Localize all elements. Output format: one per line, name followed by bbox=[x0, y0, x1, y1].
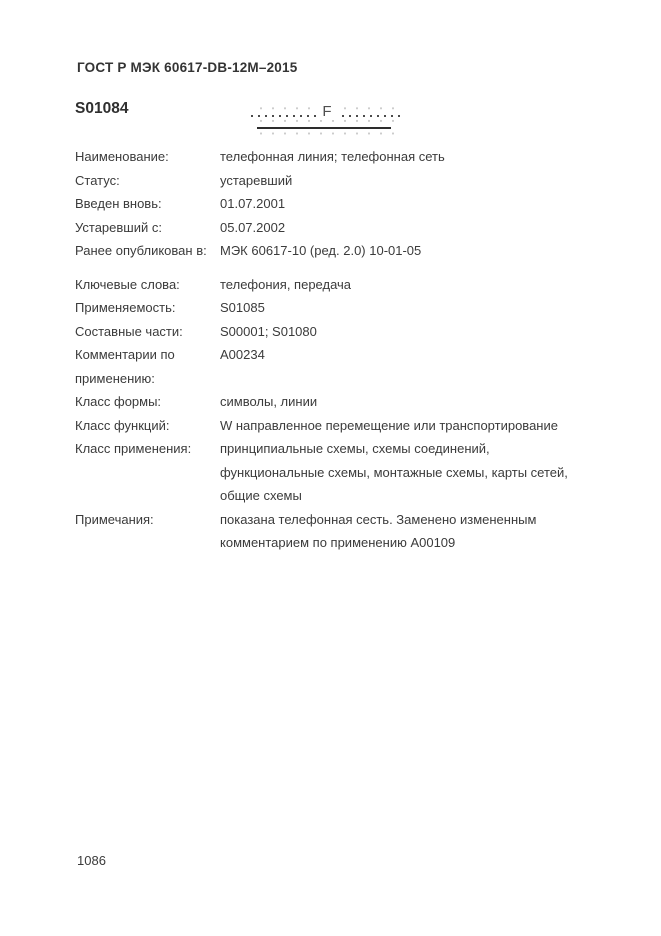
field-label: Примечания: bbox=[75, 508, 220, 532]
field-label: Применяемость: bbox=[75, 296, 220, 320]
field-row-application-class: Класс применения: принципиальные схемы, … bbox=[75, 437, 577, 508]
field-value: W направленное перемещение или транспорт… bbox=[220, 414, 577, 438]
field-label: Устаревший с: bbox=[75, 216, 220, 240]
page-number: 1086 bbox=[77, 853, 106, 868]
field-row-shape-class: Класс формы: символы, линии bbox=[75, 390, 577, 414]
field-label: Статус: bbox=[75, 169, 220, 193]
document-title: ГОСТ Р МЭК 60617-DB-12M–2015 bbox=[77, 60, 297, 75]
document-page: ГОСТ Р МЭК 60617-DB-12M–2015 S01084 F На… bbox=[0, 0, 661, 936]
field-label: Ранее опубликован в: bbox=[75, 239, 220, 263]
field-row-application-comments: Комментарии по применению: A00234 bbox=[75, 343, 577, 390]
field-value: S01085 bbox=[220, 296, 577, 320]
field-row-components: Составные части: S00001; S01080 bbox=[75, 320, 577, 344]
field-row-notes: Примечания: показана телефонная сесть. З… bbox=[75, 508, 577, 555]
field-value: показана телефонная сесть. Заменено изме… bbox=[220, 508, 577, 555]
field-value: телефония, передача bbox=[220, 273, 577, 297]
symbol-letter-label: F bbox=[316, 103, 337, 120]
field-row-keywords: Ключевые слова: телефония, передача bbox=[75, 273, 577, 297]
field-value: 05.07.2002 bbox=[220, 216, 577, 240]
field-list: Наименование: телефонная линия; телефонн… bbox=[75, 145, 577, 555]
field-value: телефонная линия; телефонная сеть bbox=[220, 145, 577, 169]
field-value: S00001; S01080 bbox=[220, 320, 577, 344]
field-row-applicability: Применяемость: S01085 bbox=[75, 296, 577, 320]
field-label: Ключевые слова: bbox=[75, 273, 220, 297]
field-label: Класс применения: bbox=[75, 437, 220, 461]
field-label: Класс функций: bbox=[75, 414, 220, 438]
field-value: 01.07.2001 bbox=[220, 192, 577, 216]
field-value: устаревший bbox=[220, 169, 577, 193]
field-row-function-class: Класс функций: W направленное перемещени… bbox=[75, 414, 577, 438]
field-row-reintroduced: Введен вновь: 01.07.2001 bbox=[75, 192, 577, 216]
field-label: Наименование: bbox=[75, 145, 220, 169]
field-value: МЭК 60617-10 (ред. 2.0) 10-01-05 bbox=[220, 239, 577, 263]
field-row-name: Наименование: телефонная линия; телефонн… bbox=[75, 145, 577, 169]
field-label: Введен вновь: bbox=[75, 192, 220, 216]
symbol-solid-line bbox=[257, 127, 391, 129]
field-value: A00234 bbox=[220, 343, 577, 367]
field-label: Комментарии по применению: bbox=[75, 343, 220, 390]
field-value: символы, линии bbox=[220, 390, 577, 414]
field-row-previously-published: Ранее опубликован в: МЭК 60617-10 (ред. … bbox=[75, 239, 577, 263]
telephone-line-symbol-figure: F bbox=[251, 99, 403, 145]
field-label: Составные части: bbox=[75, 320, 220, 344]
symbol-id-heading: S01084 bbox=[75, 100, 128, 117]
field-row-status: Статус: устаревший bbox=[75, 169, 577, 193]
field-label: Класс формы: bbox=[75, 390, 220, 414]
field-row-obsolete-since: Устаревший с: 05.07.2002 bbox=[75, 216, 577, 240]
field-value: принципиальные схемы, схемы соединений, … bbox=[220, 437, 577, 508]
